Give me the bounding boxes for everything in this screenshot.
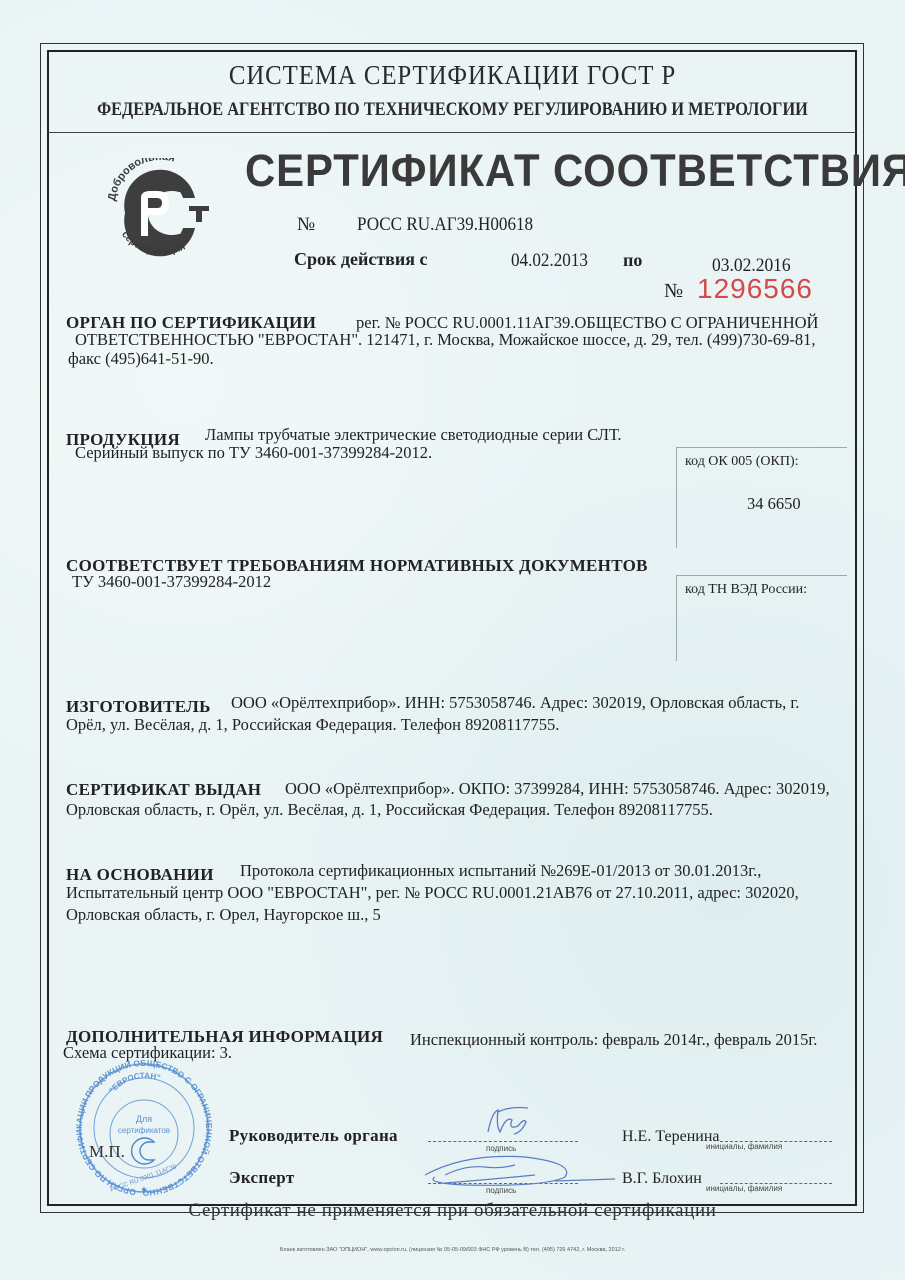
expert-signature-caption: подпись bbox=[486, 1186, 516, 1195]
basis-line3: Орловская область, г. Орел, Наугорское ш… bbox=[66, 905, 381, 925]
round-seal-stamp-icon: ОРГАН ПО СЕРТИФИКАЦИИ ПРОДУКЦИИ ОБЩЕСТВО… bbox=[74, 1050, 214, 1200]
expert-role-label: Эксперт bbox=[229, 1168, 294, 1188]
additional-info-line1: Инспекционный контроль: февраль 2014г., … bbox=[410, 1030, 817, 1050]
issued-to-line1: ООО «Орёлтехприбор». ОКПО: 37399284, ИНН… bbox=[285, 779, 830, 799]
svg-text:Для: Для bbox=[136, 1114, 152, 1124]
issued-to-label: СЕРТИФИКАТ ВЫДАН bbox=[66, 780, 261, 800]
issued-to-line2: Орловская область, г. Орёл, ул. Весёлая,… bbox=[66, 800, 713, 820]
voluntary-note: Сертификат не применяется при обязательн… bbox=[0, 1200, 905, 1222]
okp-code-box: код ОК 005 (ОКП): 34 6650 bbox=[676, 447, 847, 548]
basis-label: НА ОСНОВАНИИ bbox=[66, 865, 214, 885]
svg-text:★: ★ bbox=[140, 1185, 147, 1194]
header-divider bbox=[47, 132, 857, 133]
certificate-number: РОСС RU.АГ39.Н00618 bbox=[357, 214, 533, 236]
head-signature-scribble-icon bbox=[478, 1102, 538, 1144]
head-name-caption: инициалы, фамилия bbox=[706, 1142, 782, 1151]
manufacturer-label: ИЗГОТОВИТЕЛЬ bbox=[66, 697, 211, 717]
certification-body-line2: ОТВЕТСТВЕННОСТЬЮ "ЕВРОСТАН". 121471, г. … bbox=[75, 330, 816, 350]
product-line2: Серийный выпуск по ТУ 3460-001-37399284-… bbox=[75, 443, 432, 463]
tnved-code-box: код ТН ВЭД России: bbox=[676, 575, 847, 661]
blank-serial-number: 1296566 bbox=[697, 273, 813, 305]
expert-name-caption: инициалы, фамилия bbox=[706, 1184, 782, 1193]
manufacturer-line1: ООО «Орёлтехприбор». ИНН: 5753058746. Ад… bbox=[231, 693, 799, 713]
basis-line1: Протокола сертификационных испытаний №26… bbox=[240, 861, 761, 881]
stamp-place-label: М.П. bbox=[89, 1142, 125, 1162]
valid-from-date: 04.02.2013 bbox=[511, 250, 588, 272]
printer-imprint: Бланк изготовлен ЗАО "ОПЦИОН", www.opcio… bbox=[0, 1247, 905, 1253]
tnved-code-label: код ТН ВЭД России: bbox=[685, 582, 807, 598]
to-label: по bbox=[623, 250, 642, 271]
agency-name: ФЕДЕРАЛЬНОЕ АГЕНТСТВО ПО ТЕХНИЧЕСКОМУ РЕ… bbox=[63, 99, 841, 121]
rst-logo-icon: Добровольная сертификация bbox=[103, 158, 218, 258]
system-title: СИСТЕМА СЕРТИФИКАЦИИ ГОСТ Р bbox=[36, 60, 869, 91]
certificate-title: СЕРТИФИКАТ СООТВЕТСТВИЯ bbox=[245, 145, 905, 197]
product-line1: Лампы трубчатые электрические светодиодн… bbox=[205, 425, 622, 445]
conformity-line1: ТУ 3460-001-37399284-2012 bbox=[72, 572, 271, 592]
basis-line2: Испытательный центр ООО "ЕВРОСТАН", рег.… bbox=[66, 883, 799, 903]
certification-body-line3: факс (495)641-51-90. bbox=[68, 349, 214, 369]
okp-code-value: 34 6650 bbox=[747, 494, 801, 514]
manufacturer-line2: Орёл, ул. Весёлая, д. 1, Российская Феде… bbox=[66, 715, 559, 735]
expert-name: В.Г. Блохин bbox=[622, 1170, 702, 1188]
number-sign: № bbox=[297, 214, 315, 236]
validity-label: Срок действия с bbox=[294, 249, 428, 270]
svg-text:сертификатов: сертификатов bbox=[118, 1126, 170, 1135]
head-role-label: Руководитель органа bbox=[229, 1126, 398, 1146]
head-name: Н.Е. Теренина bbox=[622, 1128, 719, 1146]
okp-code-label: код ОК 005 (ОКП): bbox=[685, 454, 799, 470]
blank-number-sign: № bbox=[664, 280, 683, 303]
